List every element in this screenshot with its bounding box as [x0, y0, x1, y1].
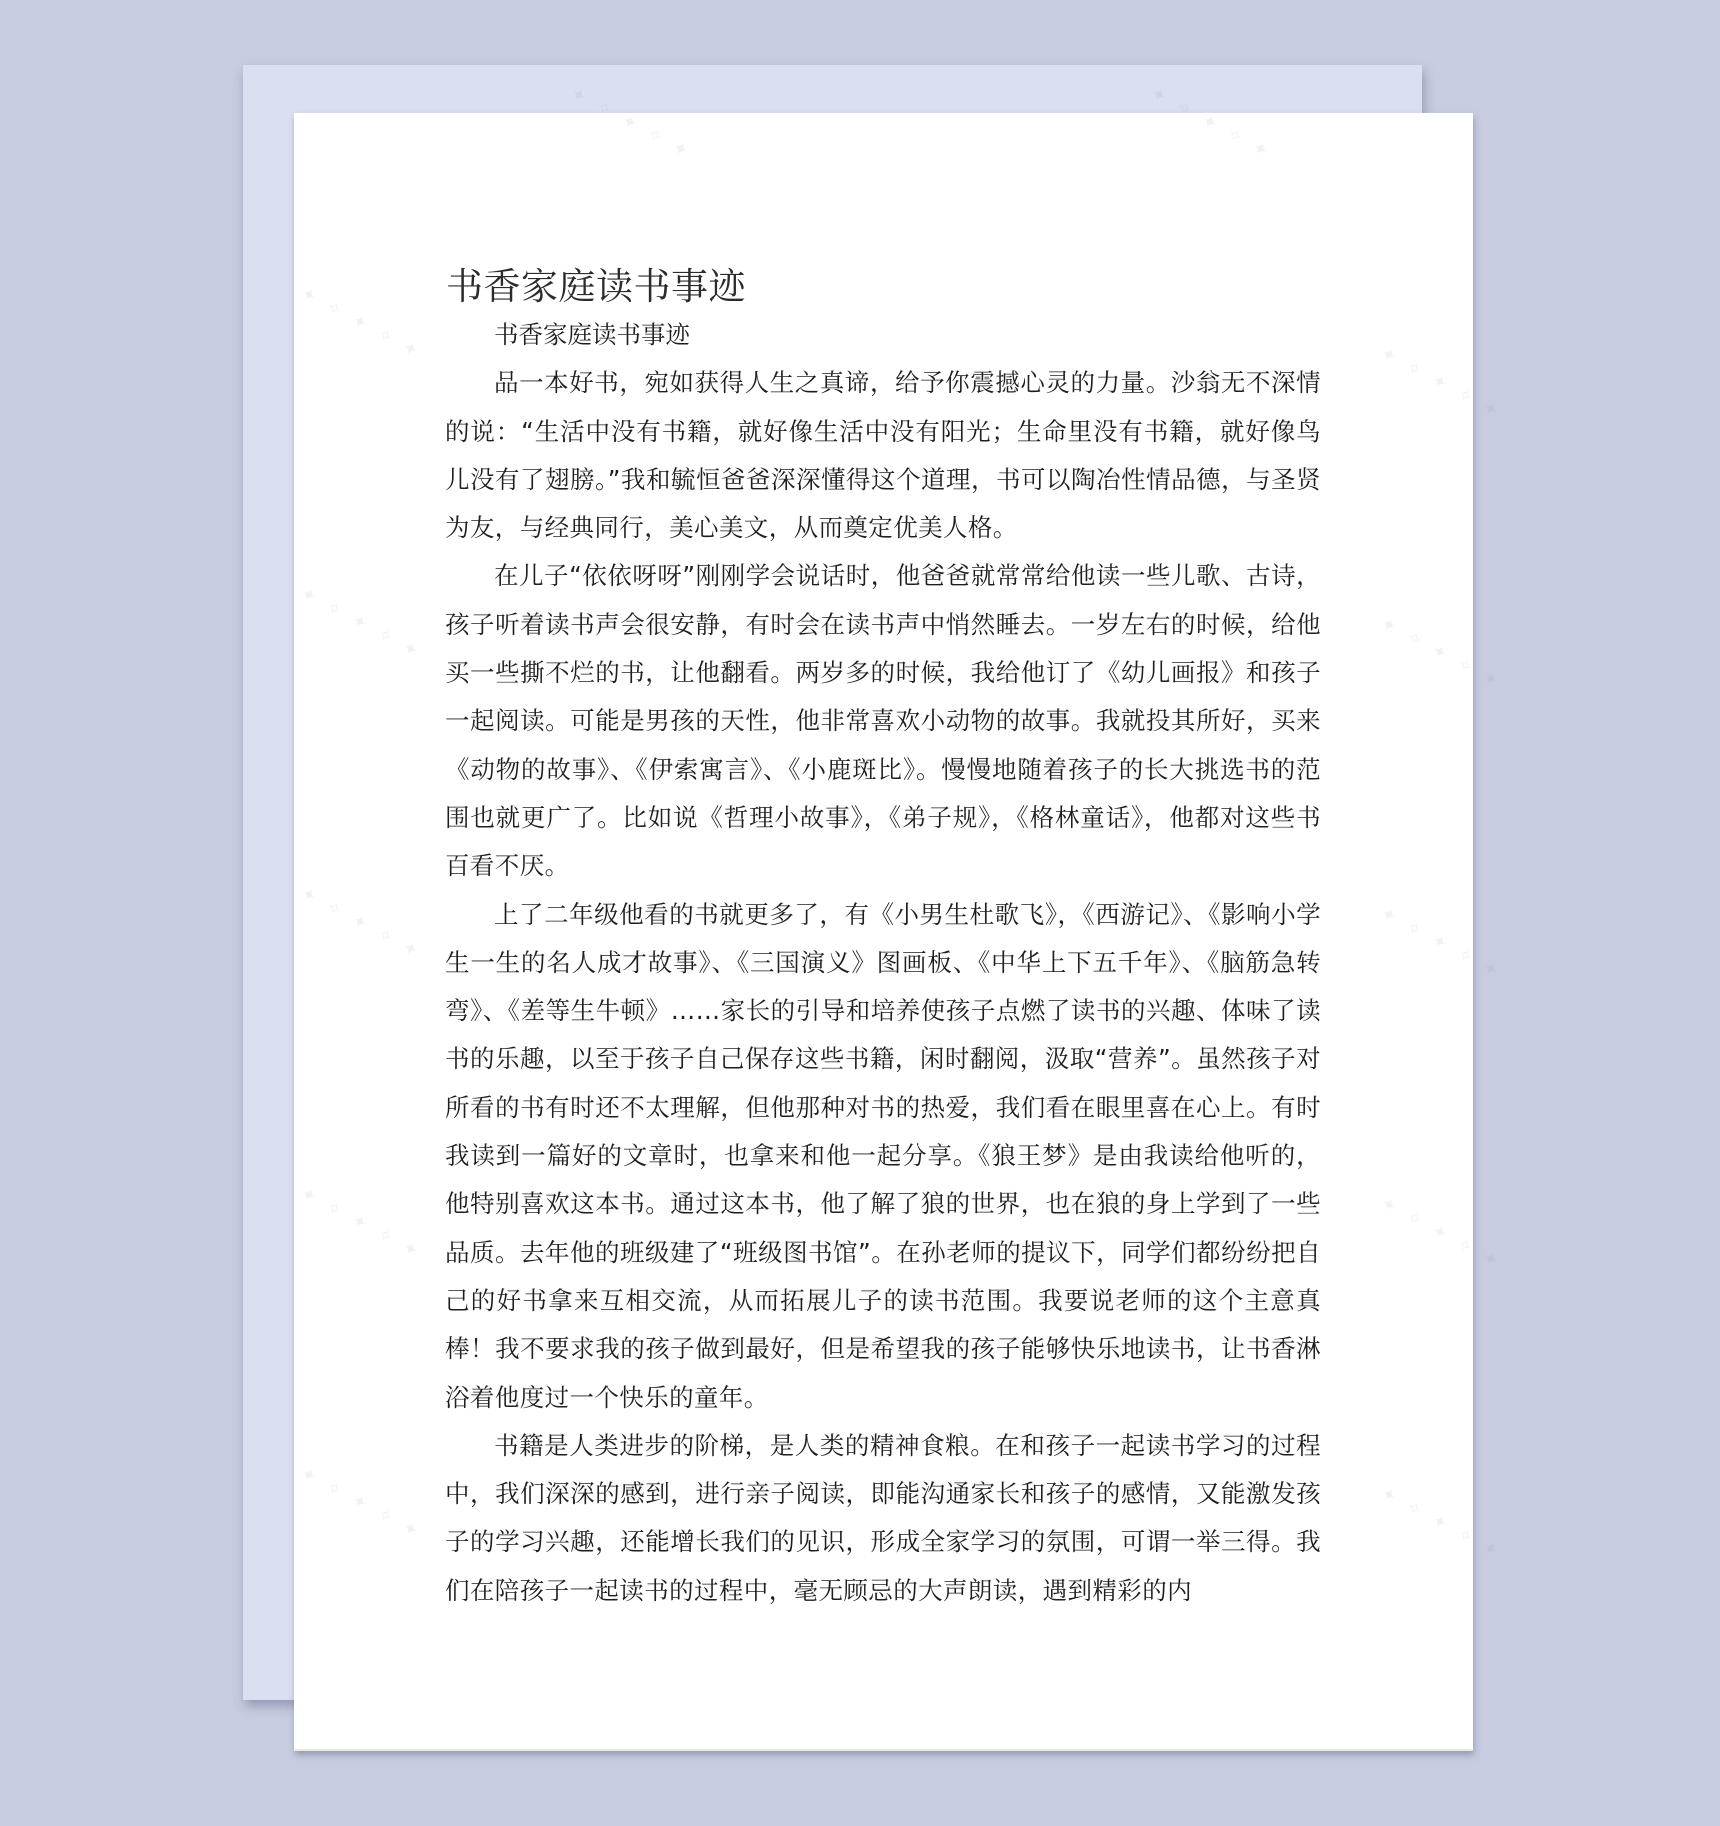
watermark: ✦ ✧ ✦ ✧ ✦	[297, 283, 425, 365]
document-page: ✦ ✧ ✦ ✧ ✦ ✦ ✧ ✦ ✧ ✦ ✦ ✧ ✦ ✧ ✦ ✦ ✧ ✦ ✧ ✦ …	[294, 113, 1473, 1751]
paragraph: 上了二年级他看的书就更多了，有《小男生杜歌飞》，《西游记》、《影响小学生一生的名…	[445, 891, 1321, 1422]
watermark: ✦ ✧ ✦ ✧ ✦	[1377, 343, 1505, 425]
watermark: ✦ ✧ ✦ ✧ ✦	[1377, 1483, 1505, 1565]
watermark: ✦ ✧ ✦ ✧ ✦	[1377, 613, 1505, 695]
watermark: ✦ ✧ ✦ ✧ ✦	[297, 1183, 425, 1265]
document-body: 书香家庭读书事迹 品一本好书，宛如获得人生之真谛，给予你震撼心灵的力量。沙翁无不…	[445, 311, 1321, 1615]
document-subtitle: 书香家庭读书事迹	[445, 311, 1321, 359]
document-title: 书香家庭读书事迹	[446, 256, 746, 310]
paragraph: 品一本好书，宛如获得人生之真谛，给予你震撼心灵的力量。沙翁无不深情的说：“生活中…	[445, 359, 1321, 552]
paragraph: 在儿子“依依呀呀”刚刚学会说话时，他爸爸就常常给他读一些儿歌、古诗，孩子听着读书…	[445, 552, 1321, 890]
watermark: ✦ ✧ ✦ ✧ ✦	[297, 883, 425, 965]
watermark: ✦ ✧ ✦ ✧ ✦	[1377, 903, 1505, 985]
watermark: ✦ ✧ ✦ ✧ ✦	[297, 1463, 425, 1545]
watermark: ✦ ✧ ✦ ✧ ✦	[1377, 1193, 1505, 1275]
paragraph: 书籍是人类进步的阶梯，是人类的精神食粮。在和孩子一起读书学习的过程中，我们深深的…	[445, 1422, 1321, 1615]
watermark: ✦ ✧ ✦ ✧ ✦	[297, 583, 425, 665]
